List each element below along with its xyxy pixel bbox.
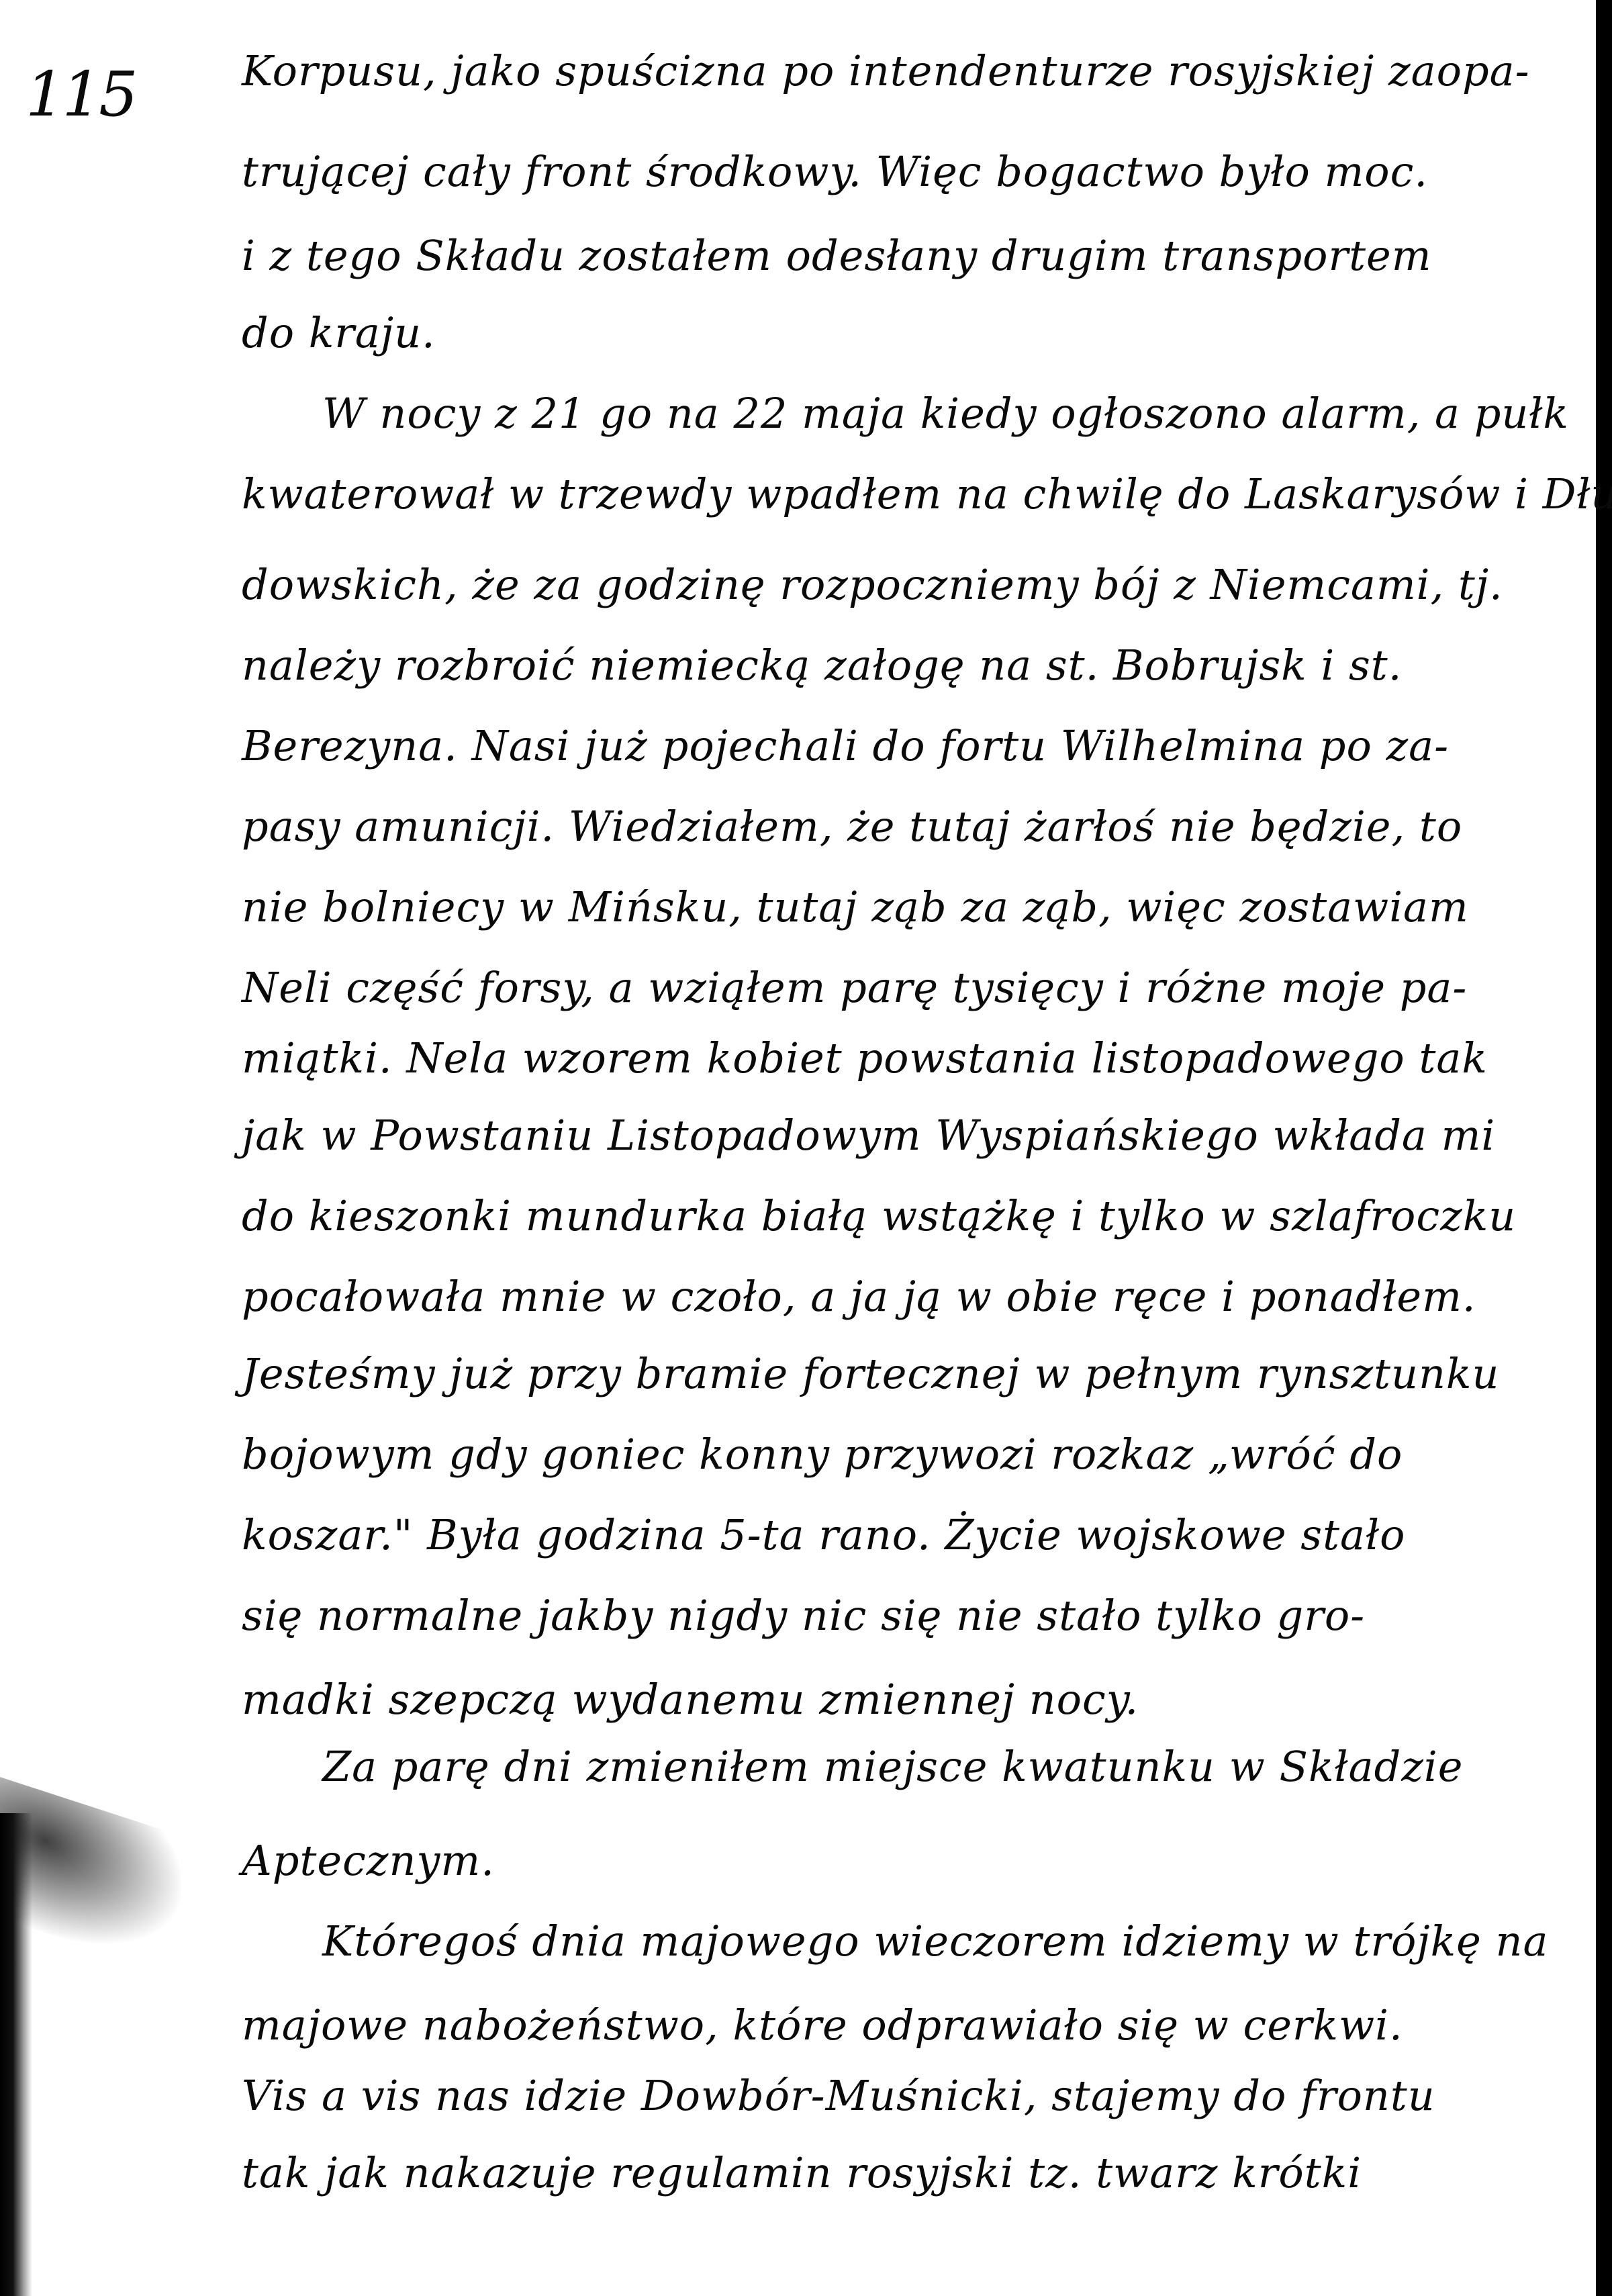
text-line: tak jak nakazuje regulamin rosyjski tz. … <box>242 2152 1362 2194</box>
text-line: Vis a vis nas idzie Dowbór-Muśnicki, sta… <box>242 2075 1435 2117</box>
page-number: 115 <box>26 64 136 126</box>
text-line: jak w Powstaniu Listopadowym Wyspiańskie… <box>242 1115 1495 1156</box>
text-line: należy rozbroić niemiecką załogę na st. … <box>242 645 1402 686</box>
text-line: W nocy z 21 go na 22 maja kiedy ogłoszon… <box>322 393 1569 434</box>
text-line: dowskich, że za godzinę rozpoczniemy bój… <box>242 564 1503 606</box>
text-line: pocałowała mnie w czoło, a ja ją w obie … <box>242 1276 1476 1318</box>
text-line: pasy amunicji. Wiedziałem, że tutaj żarł… <box>242 806 1462 847</box>
text-line: koszar." Była godzina 5-ta rano. Życie w… <box>242 1514 1405 1556</box>
text-line: Jesteśmy już przy bramie fortecznej w pe… <box>242 1353 1499 1395</box>
text-line: madki szepczą wydanemu zmiennej nocy. <box>242 1679 1139 1720</box>
text-line: nie bolniecy w Mińsku, tutaj ząb za ząb,… <box>242 886 1469 928</box>
text-line: i z tego Składu zostałem odesłany drugim… <box>242 235 1432 277</box>
manuscript-page: 115 Korpusu, jako spuścizna po intendent… <box>0 0 1612 2296</box>
text-line: do kieszonki mundurka białą wstążkę i ty… <box>242 1195 1516 1237</box>
scan-right-edge <box>1596 0 1612 2296</box>
text-line: do kraju. <box>242 312 436 354</box>
text-line: miątki. Nela wzorem kobiet powstania lis… <box>242 1038 1488 1079</box>
text-line: Któregoś dnia majowego wieczorem idziemy… <box>322 1921 1548 1962</box>
text-line: Berezyna. Nasi już pojechali do fortu Wi… <box>242 725 1449 767</box>
text-line: trującej cały front środkowy. Więc bogac… <box>242 151 1428 193</box>
text-line: Korpusu, jako spuścizna po intendenturze… <box>242 50 1530 92</box>
text-line: Aptecznym. <box>242 1840 495 1882</box>
scan-left-shadow <box>0 1813 32 2296</box>
text-line: kwaterował w trzewdy wpadłem na chwilę d… <box>242 473 1612 515</box>
text-line: Za parę dni zmieniłem miejsce kwatunku w… <box>322 1746 1463 1788</box>
text-line: majowe nabożeństwo, które odprawiało się… <box>242 2005 1403 2046</box>
text-line: bojowym gdy goniec konny przywozi rozkaz… <box>242 1434 1403 1475</box>
text-line: się normalne jakby nigdy nic się nie sta… <box>242 1595 1365 1637</box>
text-line: Neli część forsy, a wziąłem parę tysięcy… <box>242 967 1467 1009</box>
